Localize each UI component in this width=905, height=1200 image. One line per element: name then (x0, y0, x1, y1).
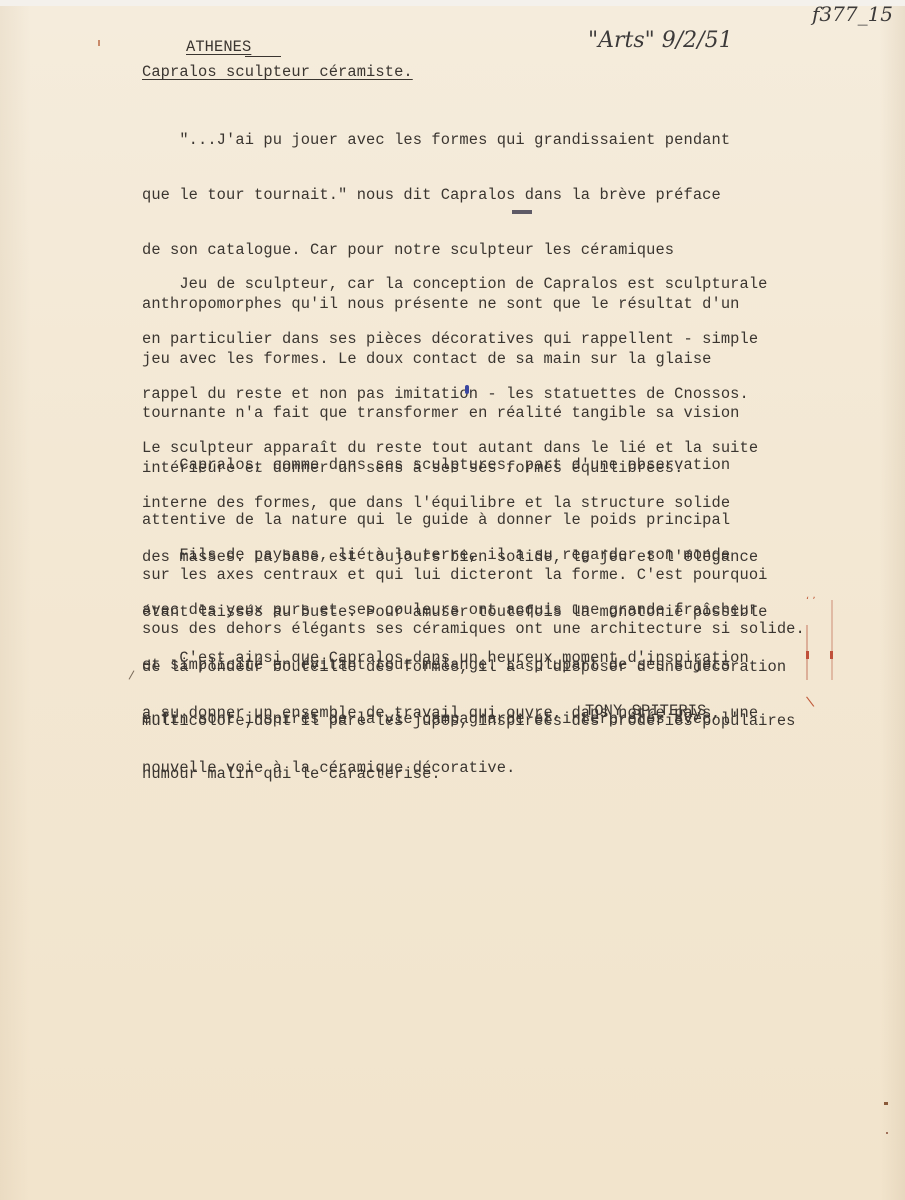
text-line: Fils de paysans, lié à la terre, il a su… (142, 546, 758, 564)
red-pencil-mark (830, 651, 833, 659)
strikeout-mark (512, 210, 532, 214)
archive-reference: f377_15 (812, 2, 893, 26)
handwritten-publication-note: "Arts" 9/2/51 (588, 28, 733, 53)
text-line: Jeu de sculpteur, car la conception de C… (142, 275, 796, 293)
text-line: en particulier dans ses pièces décorativ… (142, 330, 796, 348)
red-pencil-mark: ʻ ʼ (806, 596, 816, 607)
location-heading: ATHENES (186, 38, 251, 56)
red-pencil-mark (831, 600, 833, 680)
text-line: C'est ainsi que Capralos dans un heureux… (142, 649, 758, 667)
red-pencil-mark (806, 651, 809, 659)
stray-mark (98, 40, 100, 46)
text-line: "...J'ai pu jouer avec les formes qui gr… (142, 131, 740, 149)
stray-mark (886, 1132, 888, 1134)
scan-edge (0, 0, 905, 6)
stray-mark (884, 1102, 888, 1105)
text-line: Capralos, comme dans ses sculptures, par… (142, 456, 805, 474)
author-signature: TONY SPITERIS (585, 702, 706, 720)
heading-underline-extension (245, 56, 281, 57)
text-line: que le tour tournait." nous dit Capralos… (142, 186, 740, 204)
article-title: Capralos sculpteur céramiste. (142, 63, 413, 81)
ink-correction-mark (465, 385, 469, 394)
text-line: nouvelle voie à la céramique décorative. (142, 759, 758, 777)
